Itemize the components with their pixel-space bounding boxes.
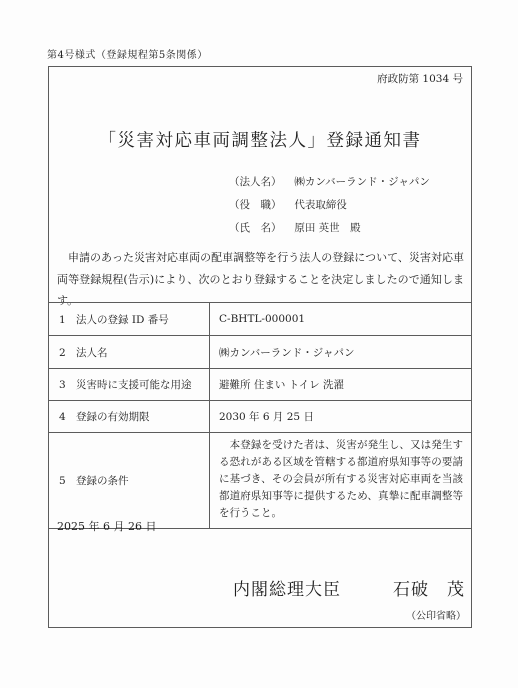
registration-table: 1法人の登録 ID 番号 C-BHTL-000001 2法人名 ㈱カンバーランド… [48, 302, 472, 529]
row-number: 4 [59, 411, 76, 423]
row-number: 2 [59, 347, 76, 359]
row-number: 1 [59, 314, 76, 326]
table-row-value-cell: C-BHTL-000001 [210, 303, 472, 336]
table-row-corporate-name: 2法人名 ㈱カンバーランド・ジャパン [49, 336, 472, 369]
table-row-value-cell: 2030 年 6 月 25 日 [210, 401, 472, 433]
recipient-value: 原田 英世 殿 [294, 222, 360, 234]
table-row-value-cell: 本登録を受けた者は、災害が発生し、又は発生する恐れがある区域を管轄する都道府県知… [210, 433, 472, 529]
seal-omitted-note: （公印省略） [406, 607, 466, 622]
row-label: 登録の条件 [76, 475, 129, 487]
recipient-label: （役 職） [229, 194, 291, 217]
row-number: 5 [59, 475, 76, 487]
table-row-registration-conditions: 5登録の条件 本登録を受けた者は、災害が発生し、又は発生する恐れがある区域を管轄… [49, 433, 472, 529]
signature-line: 内閣総理大臣 石破 茂 [233, 575, 465, 600]
signer-name: 石破 茂 [393, 575, 465, 600]
document-border-box: 府政防第 1034 号 「災害対応車両調整法人」登録通知書 （法人名） ㈱カンバ… [48, 66, 472, 628]
table-row-label-cell: 2法人名 [49, 336, 210, 369]
recipient-person-name-row: （氏 名） 原田 英世 殿 [229, 217, 430, 240]
table-row-supported-uses: 3災害時に支援可能な用途 避難所 住まい トイレ 洗濯 [49, 369, 472, 401]
recipient-value: 代表取締役 [294, 199, 347, 211]
recipient-value: ㈱カンバーランド・ジャパン [294, 176, 430, 188]
table-row-registration-id: 1法人の登録 ID 番号 C-BHTL-000001 [49, 303, 472, 336]
row-label: 災害時に支援可能な用途 [76, 379, 192, 391]
table-row-label-cell: 1法人の登録 ID 番号 [49, 303, 210, 336]
recipient-block: （法人名） ㈱カンバーランド・ジャパン （役 職） 代表取締役 （氏 名） 原田… [229, 171, 430, 240]
document-reference-number: 府政防第 1034 号 [377, 71, 463, 86]
row-number: 3 [59, 379, 76, 391]
table-row-expiration-date: 4登録の有効期限 2030 年 6 月 25 日 [49, 401, 472, 433]
table-row-label-cell: 4登録の有効期限 [49, 401, 210, 433]
recipient-label: （法人名） [229, 171, 291, 194]
document-page: 第4号様式（登録規程第5条関係） 府政防第 1034 号 「災害対応車両調整法人… [0, 0, 518, 688]
table-row-label-cell: 3災害時に支援可能な用途 [49, 369, 210, 401]
row-label: 登録の有効期限 [76, 411, 150, 423]
table-row-value-cell: 避難所 住まい トイレ 洗濯 [210, 369, 472, 401]
row-label: 法人の登録 ID 番号 [76, 314, 169, 326]
recipient-label: （氏 名） [229, 217, 291, 240]
recipient-corporate-name-row: （法人名） ㈱カンバーランド・ジャパン [229, 171, 430, 194]
document-title: 「災害対応車両調整法人」登録通知書 [49, 127, 471, 152]
row-label: 法人名 [76, 347, 108, 359]
signer-title: 内閣総理大臣 [233, 575, 341, 600]
table-row-value-cell: ㈱カンバーランド・ジャパン [210, 336, 472, 369]
table-row-label-cell: 5登録の条件 [49, 433, 210, 529]
issue-date: 2025 年 6 月 26 日 [57, 518, 156, 534]
recipient-title-row: （役 職） 代表取締役 [229, 194, 430, 217]
form-style-label: 第4号様式（登録規程第5条関係） [47, 46, 208, 61]
